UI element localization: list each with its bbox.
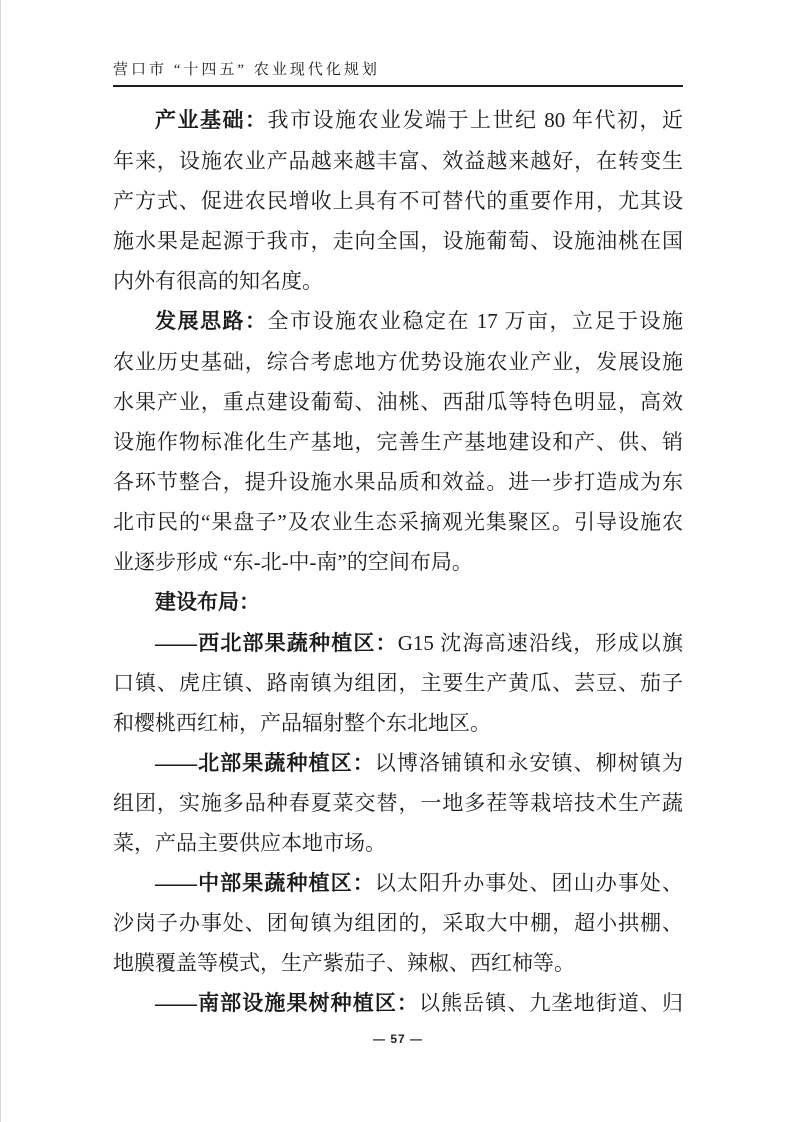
line-text: 以太阳升办事处、团山办事处、 — [375, 871, 683, 895]
paragraph-industry-base: 产业基础：我市设施农业发端于上世纪 80 年代初，近 年来，设施农业产品越来越丰… — [113, 100, 683, 301]
paragraph-north-zone: ——北部果蔬种植区：以博洛铺镇和永安镇、柳树镇为 组团，实施多品种春夏菜交替，一… — [113, 743, 683, 863]
line-text: 以博洛铺镇和永安镇、柳树镇为 — [375, 751, 683, 775]
line-text: G15 沈海高速沿线，形成以旗 — [398, 631, 683, 655]
text-line: 年来，设施农业产品越来越丰富、效益越来越好，在转变生 — [113, 141, 683, 181]
paragraph-northwest-zone: ——西北部果蔬种植区：G15 沈海高速沿线，形成以旗 口镇、虎庄镇、路南镇为组团… — [113, 623, 683, 743]
text-line: 设施作物标准化生产基地，完善生产基地建设和产、供、销 — [113, 422, 683, 462]
text-line: ——西北部果蔬种植区：G15 沈海高速沿线，形成以旗 — [113, 623, 683, 663]
text-line: 菜，产品主要供应本地市场。 — [113, 823, 683, 863]
paragraph-south-zone: ——南部设施果树种植区：以熊岳镇、九垄地街道、归 — [113, 983, 683, 1023]
text-line: 发展思路：全市设施农业稳定在 17 万亩，立足于设施 — [113, 301, 683, 342]
paragraph-development-idea: 发展思路：全市设施农业稳定在 17 万亩，立足于设施 农业历史基础，综合考虑地方… — [113, 301, 683, 582]
text-line: 业逐步形成 “东-北-中-南”的空间布局。 — [113, 542, 683, 582]
text-line: 和樱桃西红柿，产品辐射整个东北地区。 — [113, 703, 683, 743]
text-line: 产方式、促进农民增收上具有不可替代的重要作用，尤其设 — [113, 181, 683, 221]
page-number: — 57 — — [373, 1032, 423, 1046]
paragraph-lead: ——西北部果蔬种植区： — [155, 631, 398, 655]
text-line: ——南部设施果树种植区：以熊岳镇、九垄地街道、归 — [113, 983, 683, 1023]
text-line: 北市民的“果盘子”及农业生态采摘观光集聚区。引导设施农 — [113, 502, 683, 542]
paragraph-lead: 建设布局： — [155, 591, 260, 614]
text-line: 口镇、虎庄镇、路南镇为组团，主要生产黄瓜、芸豆、茄子 — [113, 663, 683, 703]
text-line: 农业历史基础，综合考虑地方优势设施农业产业，发展设施 — [113, 342, 683, 382]
text-line: 产业基础：我市设施农业发端于上世纪 80 年代初，近 — [113, 100, 683, 141]
text-line: 组团，实施多品种春夏菜交替，一地多茬等栽培技术生产蔬 — [113, 783, 683, 823]
text-line: 施水果是起源于我市，走向全国，设施葡萄、设施油桃在国 — [113, 221, 683, 261]
paragraph-construction-layout: 建设布局： — [113, 582, 683, 623]
line-text: 以熊岳镇、九垄地街道、归 — [419, 991, 683, 1015]
document-page: 营口市 “十四五” 农业现代化规划 产业基础：我市设施农业发端于上世纪 80 年… — [0, 0, 793, 1122]
text-line: 沙岗子办事处、团甸镇为组团的，采取大中棚，超小拱棚、 — [113, 903, 683, 943]
paragraph-lead: ——中部果蔬种植区： — [155, 871, 375, 895]
paragraph-central-zone: ——中部果蔬种植区：以太阳升办事处、团山办事处、 沙岗子办事处、团甸镇为组团的，… — [113, 863, 683, 983]
left-edge-line — [0, 0, 1, 1122]
line-text: 全市设施农业稳定在 17 万亩，立足于设施 — [268, 309, 684, 333]
document-body: 产业基础：我市设施农业发端于上世纪 80 年代初，近 年来，设施农业产品越来越丰… — [113, 100, 683, 1023]
line-text: 我市设施农业发端于上世纪 80 年代初，近 — [268, 108, 684, 132]
paragraph-lead: 发展思路： — [155, 310, 268, 333]
text-line: 地膜覆盖等模式，生产紫茄子、辣椒、西红柿等。 — [113, 943, 683, 983]
page-header: 营口市 “十四五” 农业现代化规划 — [113, 58, 683, 87]
paragraph-lead: 产业基础： — [155, 109, 268, 132]
text-line: 建设布局： — [113, 582, 683, 623]
text-line: ——北部果蔬种植区：以博洛铺镇和永安镇、柳树镇为 — [113, 743, 683, 783]
text-line: ——中部果蔬种植区：以太阳升办事处、团山办事处、 — [113, 863, 683, 903]
paragraph-lead: ——北部果蔬种植区： — [155, 751, 375, 775]
text-line: 水果产业，重点建设葡萄、油桃、西甜瓜等特色明显，高效 — [113, 382, 683, 422]
text-line: 内外有很高的知名度。 — [113, 261, 683, 301]
paragraph-lead: ——南部设施果树种植区： — [155, 991, 419, 1015]
page-footer: — 57 — — [113, 1030, 683, 1048]
header-title: 营口市 “十四五” 农业现代化规划 — [113, 58, 683, 79]
text-line: 各环节整合，提升设施水果品质和效益。进一步打造成为东 — [113, 462, 683, 502]
